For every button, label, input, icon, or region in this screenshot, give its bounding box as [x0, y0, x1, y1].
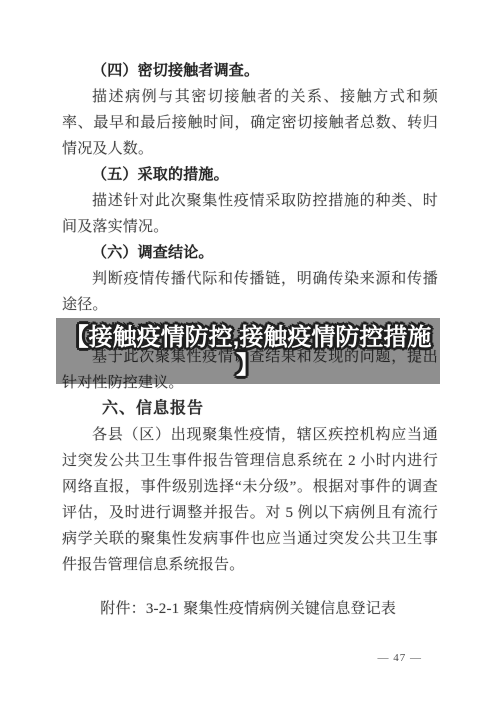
paragraph-conclusion: 判断疫情传播代际和传播链，明确传染来源和传播途径。 [62, 266, 438, 318]
heading-section-6: （六）调查结论。 [62, 240, 438, 266]
heading-section-4: （四）密切接触者调查。 [62, 58, 438, 84]
heading-section-5: （五）采取的措施。 [62, 162, 438, 188]
page-number: — 47 — [378, 652, 423, 664]
paragraph-info-report: 各县（区）出现聚集性疫情，辖区疾控机构应当通过突发公共卫生事件报告管理信息系统在… [62, 422, 438, 578]
watermark-title-banner: 【接触疫情防控,接触疫情防控措施 】 [56, 318, 440, 384]
paragraph-measures: 描述针对此次聚集性疫情采取防控措施的种类、时间及落实情况。 [62, 188, 438, 240]
paragraph-contacts: 描述病例与其密切接触者的关系、接触方式和频率、最早和最后接触时间，确定密切接触者… [62, 84, 438, 162]
watermark-title-line2: 】 [56, 351, 440, 381]
attachment-line: 附件：3-2-1 聚集性疫情病例关键信息登记表 [62, 596, 438, 622]
watermark-title-line1: 【接触疫情防控,接触疫情防控措施 [56, 318, 440, 351]
scanned-document-page: { "doc": { "sections": [ { "type": "head… [0, 0, 500, 706]
heading-info-report: 六、信息报告 [62, 396, 438, 422]
